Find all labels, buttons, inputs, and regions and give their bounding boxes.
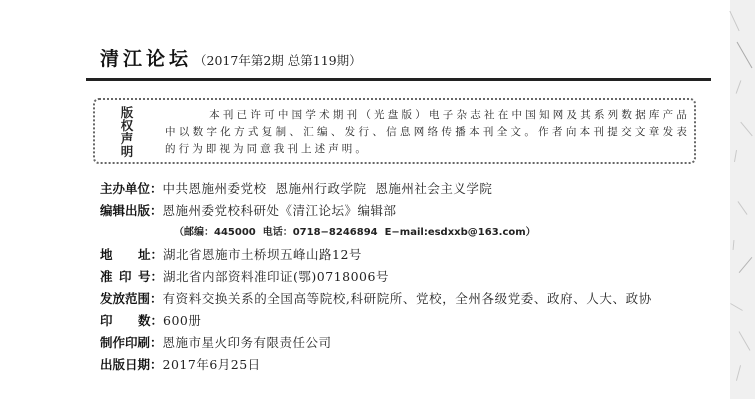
sponsor-value: 中共恩施州委党校 恩施州行政学院 恩施州社会主义学院: [163, 181, 493, 196]
info-row-sponsor: 主办单位：中共恩施州委党校 恩施州行政学院 恩施州社会主义学院: [100, 178, 720, 200]
info-row-permit: 准印号：湖北省内部资料准印证(鄂)0718006号: [100, 266, 720, 288]
journal-title: 清江论坛: [100, 48, 192, 70]
info-row-distribution: 发放范围：有资料交换关系的全国高等院校,科研院所、党校，全州各级党委、政府、人大…: [100, 288, 720, 310]
copyright-notice-box: 版 权 声 明 本刊已许可中国学术期刊（光盘版）电子杂志社在中国知网及其系列数据…: [93, 98, 696, 164]
permit-label-c: 号：: [138, 266, 163, 288]
paper-texture-margin: [730, 0, 755, 399]
copyright-notice-text: 本刊已许可中国学术期刊（光盘版）电子杂志社在中国知网及其系列数据库产品中以数字化…: [165, 107, 690, 158]
distribution-label: 发放范围：: [100, 288, 163, 310]
info-row-address: 地址：湖北省恩施市土桥坝五峰山路12号: [100, 244, 720, 266]
editor-label: 编辑出版：: [100, 200, 163, 222]
info-row-contact: （邮编：445000 电话：0718−8246894 E−mail:esdxxb…: [100, 222, 720, 244]
print-count-label-a: 印: [100, 310, 138, 332]
address-label-b: 址：: [138, 244, 163, 266]
info-row-publish-date: 出版日期：2017年6月25日: [100, 354, 720, 376]
permit-label-a: 准: [100, 266, 119, 288]
publish-date-value: 2017年6月25日: [163, 357, 261, 372]
publication-info: 主办单位：中共恩施州委党校 恩施州行政学院 恩施州社会主义学院 编辑出版：恩施州…: [100, 178, 720, 376]
info-row-print-count: 印数：600册: [100, 310, 720, 332]
info-row-editor: 编辑出版：恩施州委党校科研处《清江论坛》编辑部: [100, 200, 720, 222]
label-char: 明: [120, 145, 134, 158]
editor-value: 恩施州委党校科研处《清江论坛》编辑部: [163, 203, 397, 218]
permit-value: 湖北省内部资料准印证(鄂)0718006号: [163, 269, 389, 284]
printer-value: 恩施市星火印务有限责任公司: [163, 335, 332, 350]
issue-info: （2017年第2期 总第119期）: [194, 53, 362, 68]
journal-header: 清江论坛（2017年第2期 总第119期）: [100, 44, 362, 68]
address-value: 湖北省恩施市土桥坝五峰山路12号: [163, 247, 362, 262]
print-count-label-b: 数：: [138, 310, 163, 332]
publish-date-label: 出版日期：: [100, 354, 163, 376]
distribution-value: 有资料交换关系的全国高等院校,科研院所、党校，全州各级党委、政府、人大、政协: [163, 291, 652, 306]
address-label-a: 地: [100, 244, 138, 266]
copyright-notice-body: 本刊已许可中国学术期刊（光盘版）电子杂志社在中国知网及其系列数据库产品中以数字化…: [165, 109, 690, 155]
header-rule: [86, 78, 711, 81]
printer-label: 制作印刷：: [100, 332, 163, 354]
contact-info: （邮编：445000 电话：0718−8246894 E−mail:esdxxb…: [174, 227, 536, 238]
print-count-value: 600册: [163, 313, 201, 328]
permit-label-b: 印: [119, 266, 138, 288]
sponsor-label: 主办单位：: [100, 178, 163, 200]
copyright-notice-label: 版 权 声 明: [120, 106, 134, 158]
info-row-printer: 制作印刷：恩施市星火印务有限责任公司: [100, 332, 720, 354]
